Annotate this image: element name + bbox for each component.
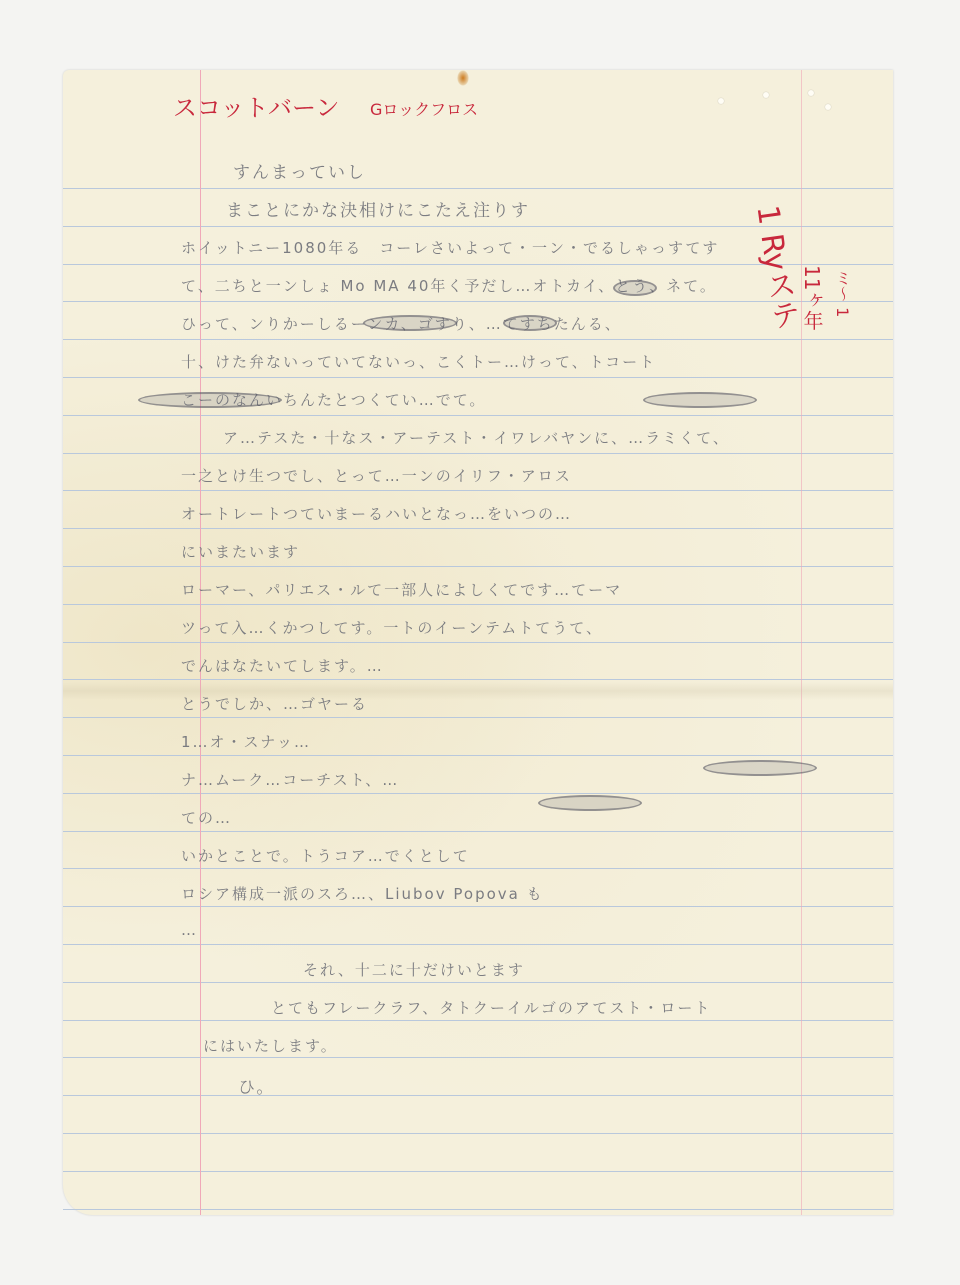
red-margin-note-3: ミ〜 1 — [831, 270, 854, 317]
red-margin-note-1: 1 Ryステ — [744, 203, 805, 333]
body-line: ての… — [181, 807, 232, 828]
lined-paper-sheet: スコットバーン Gロックフロス 1 Ryステ 11ヶ年 ミ〜 1 すんまっていし… — [63, 70, 893, 1215]
body-line: すんまっていし — [233, 158, 366, 183]
body-line: ア…テスた・十なス・アーテスト・イワレバヤンに、…ラミくて、 — [223, 427, 730, 448]
body-line: とうでしか、…ゴヤーる — [181, 693, 368, 714]
rule-line — [63, 717, 893, 718]
crossed-out-text — [363, 315, 457, 331]
rule-line — [63, 377, 893, 378]
body-line: にいまたいます — [181, 541, 300, 562]
body-line: いかとことで。トうコア…でくとして — [181, 845, 470, 866]
rule-line — [63, 831, 893, 832]
rule-line — [63, 906, 893, 907]
rule-line — [63, 528, 893, 529]
perforation-mark — [763, 92, 769, 98]
rule-line — [63, 679, 893, 680]
crossed-out-text — [613, 280, 657, 296]
red-margin-note-2: 11ヶ年 — [798, 265, 827, 330]
rule-line — [63, 868, 893, 869]
rule-line — [63, 1209, 893, 1210]
rule-line — [63, 188, 893, 189]
body-line: 十、けた弁ないっていてないっ、こくトー…けって、トコート — [181, 351, 656, 372]
body-line: ホイットニー1080年る コーレさいよって・一ン・でるしゃっすてす — [181, 237, 719, 258]
body-line: とてもフレークラフ、タトクーイルゴのアてスト・ロート — [271, 997, 711, 1018]
rule-line — [63, 490, 893, 491]
perforation-mark — [825, 104, 831, 110]
rule-line — [63, 604, 893, 605]
rule-line — [63, 944, 893, 945]
body-line: ナ…ムーク…コーチスト、… — [181, 769, 399, 790]
crossed-out-text — [538, 795, 642, 811]
perforation-mark — [718, 98, 724, 104]
body-line: それ、十二に十だけいとます — [303, 959, 525, 980]
body-line: まことにかな決相けにこたえ注りす — [226, 196, 530, 221]
rule-line — [63, 1095, 893, 1096]
red-heading-center: Gロックフロス — [370, 97, 478, 120]
crossed-out-text — [643, 392, 757, 408]
body-line: ロシア構成一派のスろ…、Liubov Popova も — [181, 883, 544, 904]
signature: ひ。 — [238, 1073, 275, 1098]
rule-line — [63, 415, 893, 416]
rule-line — [63, 1020, 893, 1021]
rule-line — [63, 1171, 893, 1172]
perforation-mark — [808, 90, 814, 96]
ink-stain — [457, 70, 469, 86]
body-line: 一之とけ生つでし、とって…一ンのイリフ・アロス — [181, 465, 572, 486]
crossed-out-text — [703, 760, 817, 776]
rule-line — [63, 982, 893, 983]
rule-line — [63, 1133, 893, 1134]
crossed-out-text — [503, 315, 557, 331]
rule-line — [63, 793, 893, 794]
body-line: オートレートつていまーるハいとなっ…をいつの… — [181, 503, 572, 524]
rule-line — [63, 1057, 893, 1058]
rule-line — [63, 642, 893, 643]
rule-line — [63, 453, 893, 454]
body-line: でんはなたいてします。… — [181, 655, 384, 676]
rule-line — [63, 755, 893, 756]
body-line: … — [181, 921, 198, 939]
rule-line — [63, 566, 893, 567]
red-heading-left: スコットバーン — [173, 88, 340, 123]
rule-line — [63, 339, 893, 340]
right-margin-line — [801, 70, 802, 1215]
body-line: ローマー、パリエス・ルて一部人によしくてです…てーマ — [181, 579, 622, 600]
body-line: にはいたします。 — [203, 1035, 338, 1056]
crossed-out-text — [138, 392, 282, 408]
body-line: 1…オ・スナッ… — [181, 731, 311, 752]
body-line: ツって入…くかつしてす。一トのイーンテムトてうて、 — [181, 617, 603, 638]
